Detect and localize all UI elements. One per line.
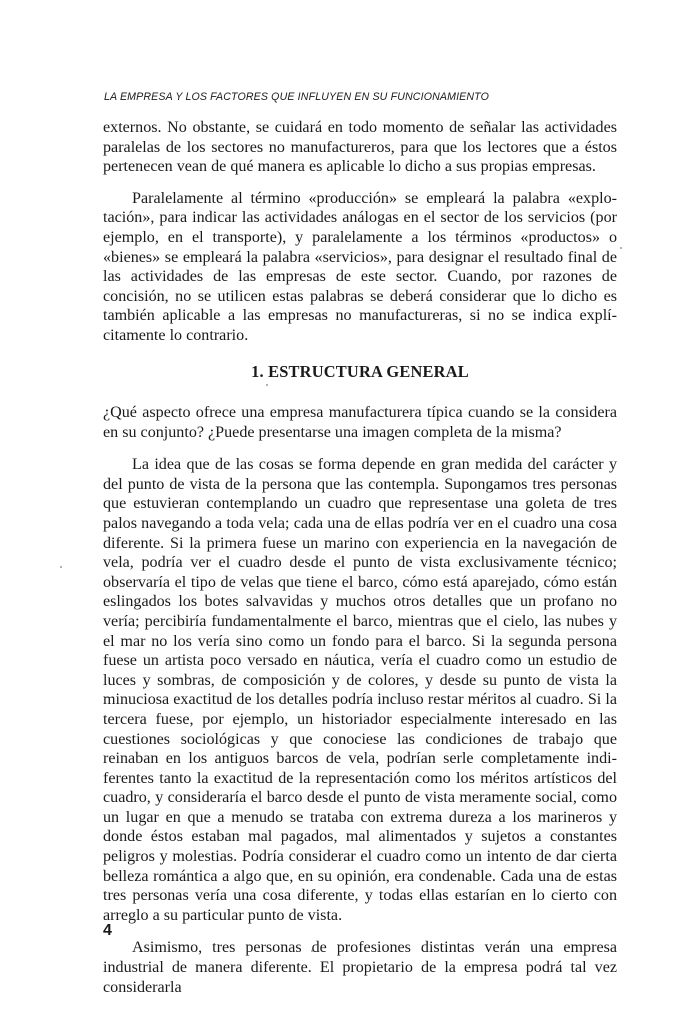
scan-speck (311, 950, 313, 952)
paragraph: externos. No obstante, se cuidará en tod… (103, 118, 617, 177)
paragraph: La idea que de las cosas se forma depend… (103, 455, 617, 925)
intro-text: externos. No obstante, se cuidará en tod… (103, 118, 617, 346)
paragraph: ¿Qué aspecto ofrece una empresa manufact… (103, 403, 617, 442)
scan-speck (266, 384, 268, 386)
section-body: ¿Qué aspecto ofrece una empresa manufact… (103, 403, 617, 997)
page-number: 4 (103, 922, 112, 940)
running-head: LA EMPRESA Y LOS FACTORES QUE INFLUYEN E… (104, 91, 616, 103)
paragraph: Asimismo, tres personas de profesiones d… (103, 938, 617, 997)
section-heading: 1. ESTRUCTURA GENERAL (103, 362, 617, 382)
paragraph: Paralelamente al término «producción» se… (103, 189, 617, 346)
scan-speck (60, 566, 62, 568)
scan-speck (620, 247, 622, 249)
